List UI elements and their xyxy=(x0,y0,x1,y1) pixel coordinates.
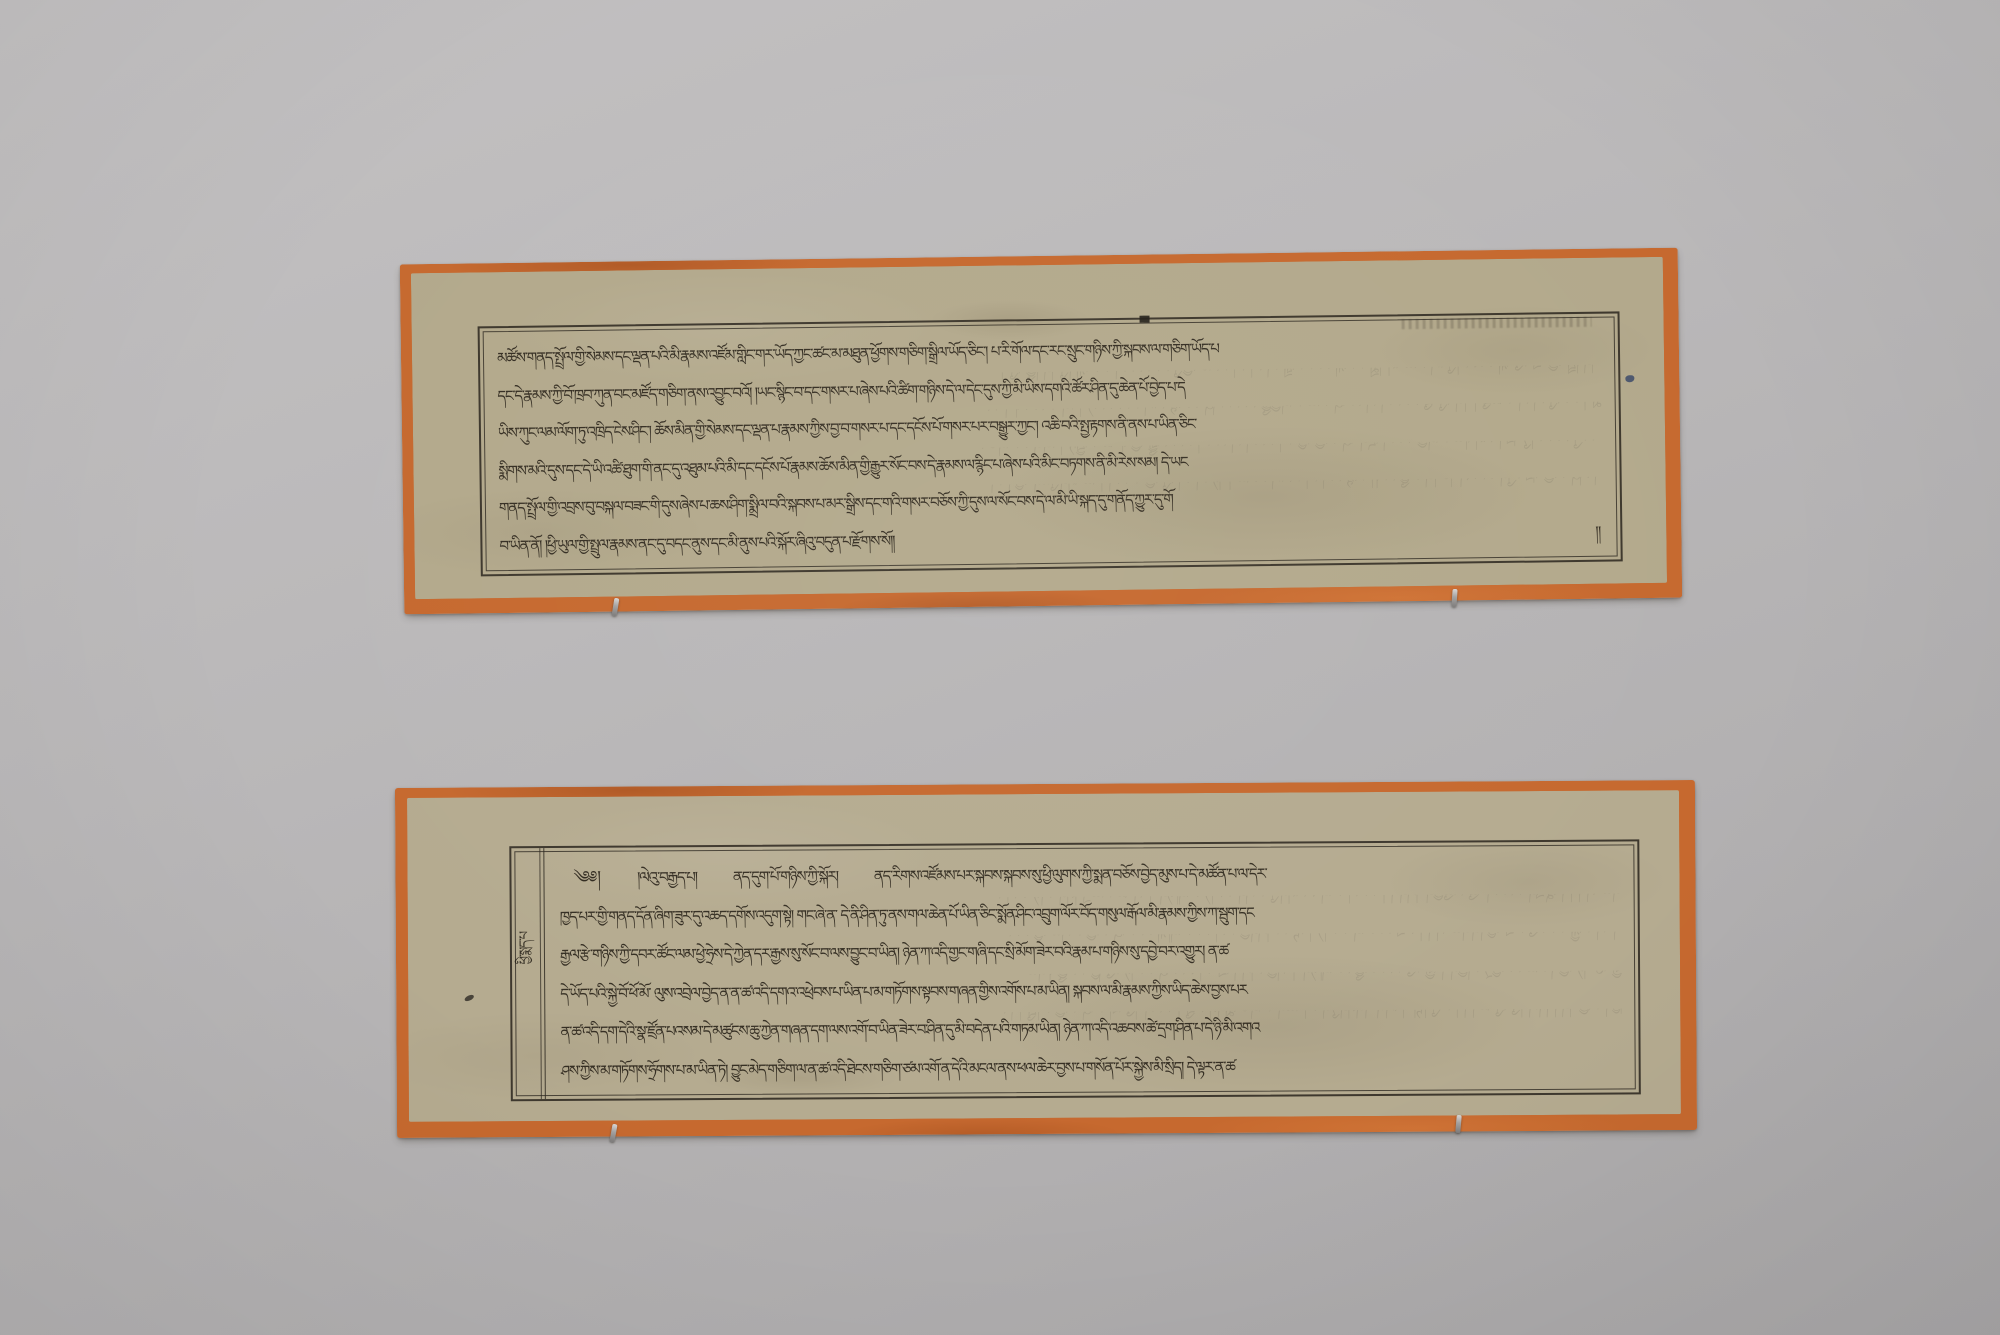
manuscript-leaf-top: མཚོས་གནད་སྤྲོལ་གྱི་སེམས་དང་ལྡན་པའི་མི་རྣ… xyxy=(400,248,1682,615)
text-frame: མཚོས་གནད་སྤྲོལ་གྱི་སེམས་དང་ལྡན་པའི་མི་རྣ… xyxy=(478,311,1623,576)
tibetan-text: ཡིས་ཀུང་ལམ་ལོག་ཏུ་འཁྲིད་ངེས་ཤིང་། ཆོས་མི… xyxy=(498,415,1196,442)
tibetan-text: ཤས་ཀྱིས་མ་གཏོགས་ཧྲོགས་པ་མ་ཡིན་ཏེ། བྱུང་མ… xyxy=(561,1058,1235,1080)
shad-end-mark: ༎ xyxy=(1595,515,1603,549)
text-block: མཚོས་གནད་སྤྲོལ་གྱི་སེམས་དང་ལྡན་པའི་མི་རྣ… xyxy=(497,327,1604,563)
tibetan-text: མཚོས་གནད་སྤྲོལ་གྱི་སེམས་དང་ལྡན་པའི་མི་རྣ… xyxy=(497,340,1219,367)
manuscript-text-line: ན་ཚ་འདི་དག་དེའི་སྣ་ཛྲོན་པའསམ་དེ་མཚུངས་ཆུ… xyxy=(560,893,1622,933)
tibetan-text: སྨིགས་མའི་དུས་དང་དེ་ཡི་འཚི་ཐུག་གི་ནང་དུ་… xyxy=(498,453,1187,480)
manuscript-text-line: ༄༅། །ལེའུ་བརྒྱད་པ། ནད་དུག་པོ་གཉིས་ཀྱི་སྐ… xyxy=(559,854,1621,894)
tibetan-text: དེ་ཡོད་པའི་སྐྱེ་བོ་ཕོ་མོ་ ལུས་འབྲེལ་བྱེད… xyxy=(560,981,1247,1003)
photo-vignette xyxy=(0,0,2000,1335)
margin-title-column: ཕྱི་སྨད་པ xyxy=(511,848,546,1099)
topic-heading: ནད་དུག་པོ་གཉིས་ཀྱི་སྐོར། xyxy=(733,859,838,894)
margin-volume-label: ཕྱི་སྨད་པ xyxy=(509,932,546,965)
chapter-heading: །ལེའུ་བརྒྱད་པ། xyxy=(637,860,697,894)
dark-ink-fleck xyxy=(464,994,475,1003)
yig-mgo-ornament: ༄༅། xyxy=(559,861,601,895)
tibetan-text: རྒྱལ་རྩེ་གཉིས་ཀྱི་དབར་ཚོང་ལམ་ཕྱེ་ཧྲེས་དེ… xyxy=(560,942,1228,964)
tibetan-text: དང་དེ་རྣམས་ཀྱི་བོ་ཁྲབ་ཀུན་བང་མཛོད་གཅིག་ན… xyxy=(497,378,1184,405)
text-frame: ཕྱི་སྨད་པ ༄༅། །ལེའུ་བརྒྱད་པ། ནད་དུག་པོ་ག… xyxy=(509,839,1641,1101)
manuscript-text-line: ཤས་ཀྱིས་མ་གཏོགས་ཧྲོགས་པ་མ་ཡིན་ཏེ། བྱུང་མ… xyxy=(561,1047,1623,1087)
manuscript-text-line: རྒྱལ་རྩེ་གཉིས་ཀྱི་དབར་ཚོང་ལམ་ཕྱེ་ཧྲེས་དེ… xyxy=(560,970,1622,1010)
mount-pin xyxy=(1451,589,1457,607)
text-block: ༄༅། །ལེའུ་བརྒྱད་པ། ནད་དུག་པོ་གཉིས་ཀྱི་སྐ… xyxy=(559,854,1622,1087)
tibetan-text: ནད་རིགས་འཛོམས་པར་སྐབས་སྐབས་སུ་ཕྱི་ལུགས་ཀ… xyxy=(874,857,1267,893)
tibetan-text: གནད་སྤྲོལ་གྱི་འབྲས་བུ་བསྐལ་བཟང་གི་དུས་ཞེ… xyxy=(499,491,1173,518)
tibetan-text: ན་ཚ་འདི་དག་དེའི་སྣ་ཛྲོན་པའསམ་དེ་མཚུངས་ཆུ… xyxy=(560,1019,1259,1041)
blue-ink-fleck xyxy=(1625,375,1634,382)
manuscript-text-line: དེ་ཡོད་པའི་སྐྱེ་བོ་ཕོ་མོ་ ལུས་འབྲེལ་བྱེད… xyxy=(560,932,1622,972)
tibetan-text: ཁྱད་པར་གྱི་གནད་དོན་ཞིག་ཟུར་དུ་འཆད་དགོས་འ… xyxy=(560,903,1254,925)
manuscript-leaf-bottom: ཕྱི་སྨད་པ ༄༅། །ལེའུ་བརྒྱད་པ། ནད་དུག་པོ་ག… xyxy=(395,780,1697,1138)
tibetan-text: བ་ཡིན་ནོ། །ཕྱི་ཡུལ་གྱི་སྤྲུལ་རྣམས་ནང་དུ་… xyxy=(499,524,894,563)
paper-surface: མཚོས་གནད་སྤྲོལ་གྱི་སེམས་དང་ལྡན་པའི་མི་རྣ… xyxy=(411,257,1667,599)
paper-surface: ཕྱི་སྨད་པ ༄༅། །ལེའུ་བརྒྱད་པ། ནད་དུག་པོ་ག… xyxy=(407,790,1681,1122)
manuscript-text-line: ཁྱད་པར་གྱི་གནད་དོན་ཞིག་ཟུར་དུ་འཆད་དགོས་འ… xyxy=(560,1009,1622,1049)
